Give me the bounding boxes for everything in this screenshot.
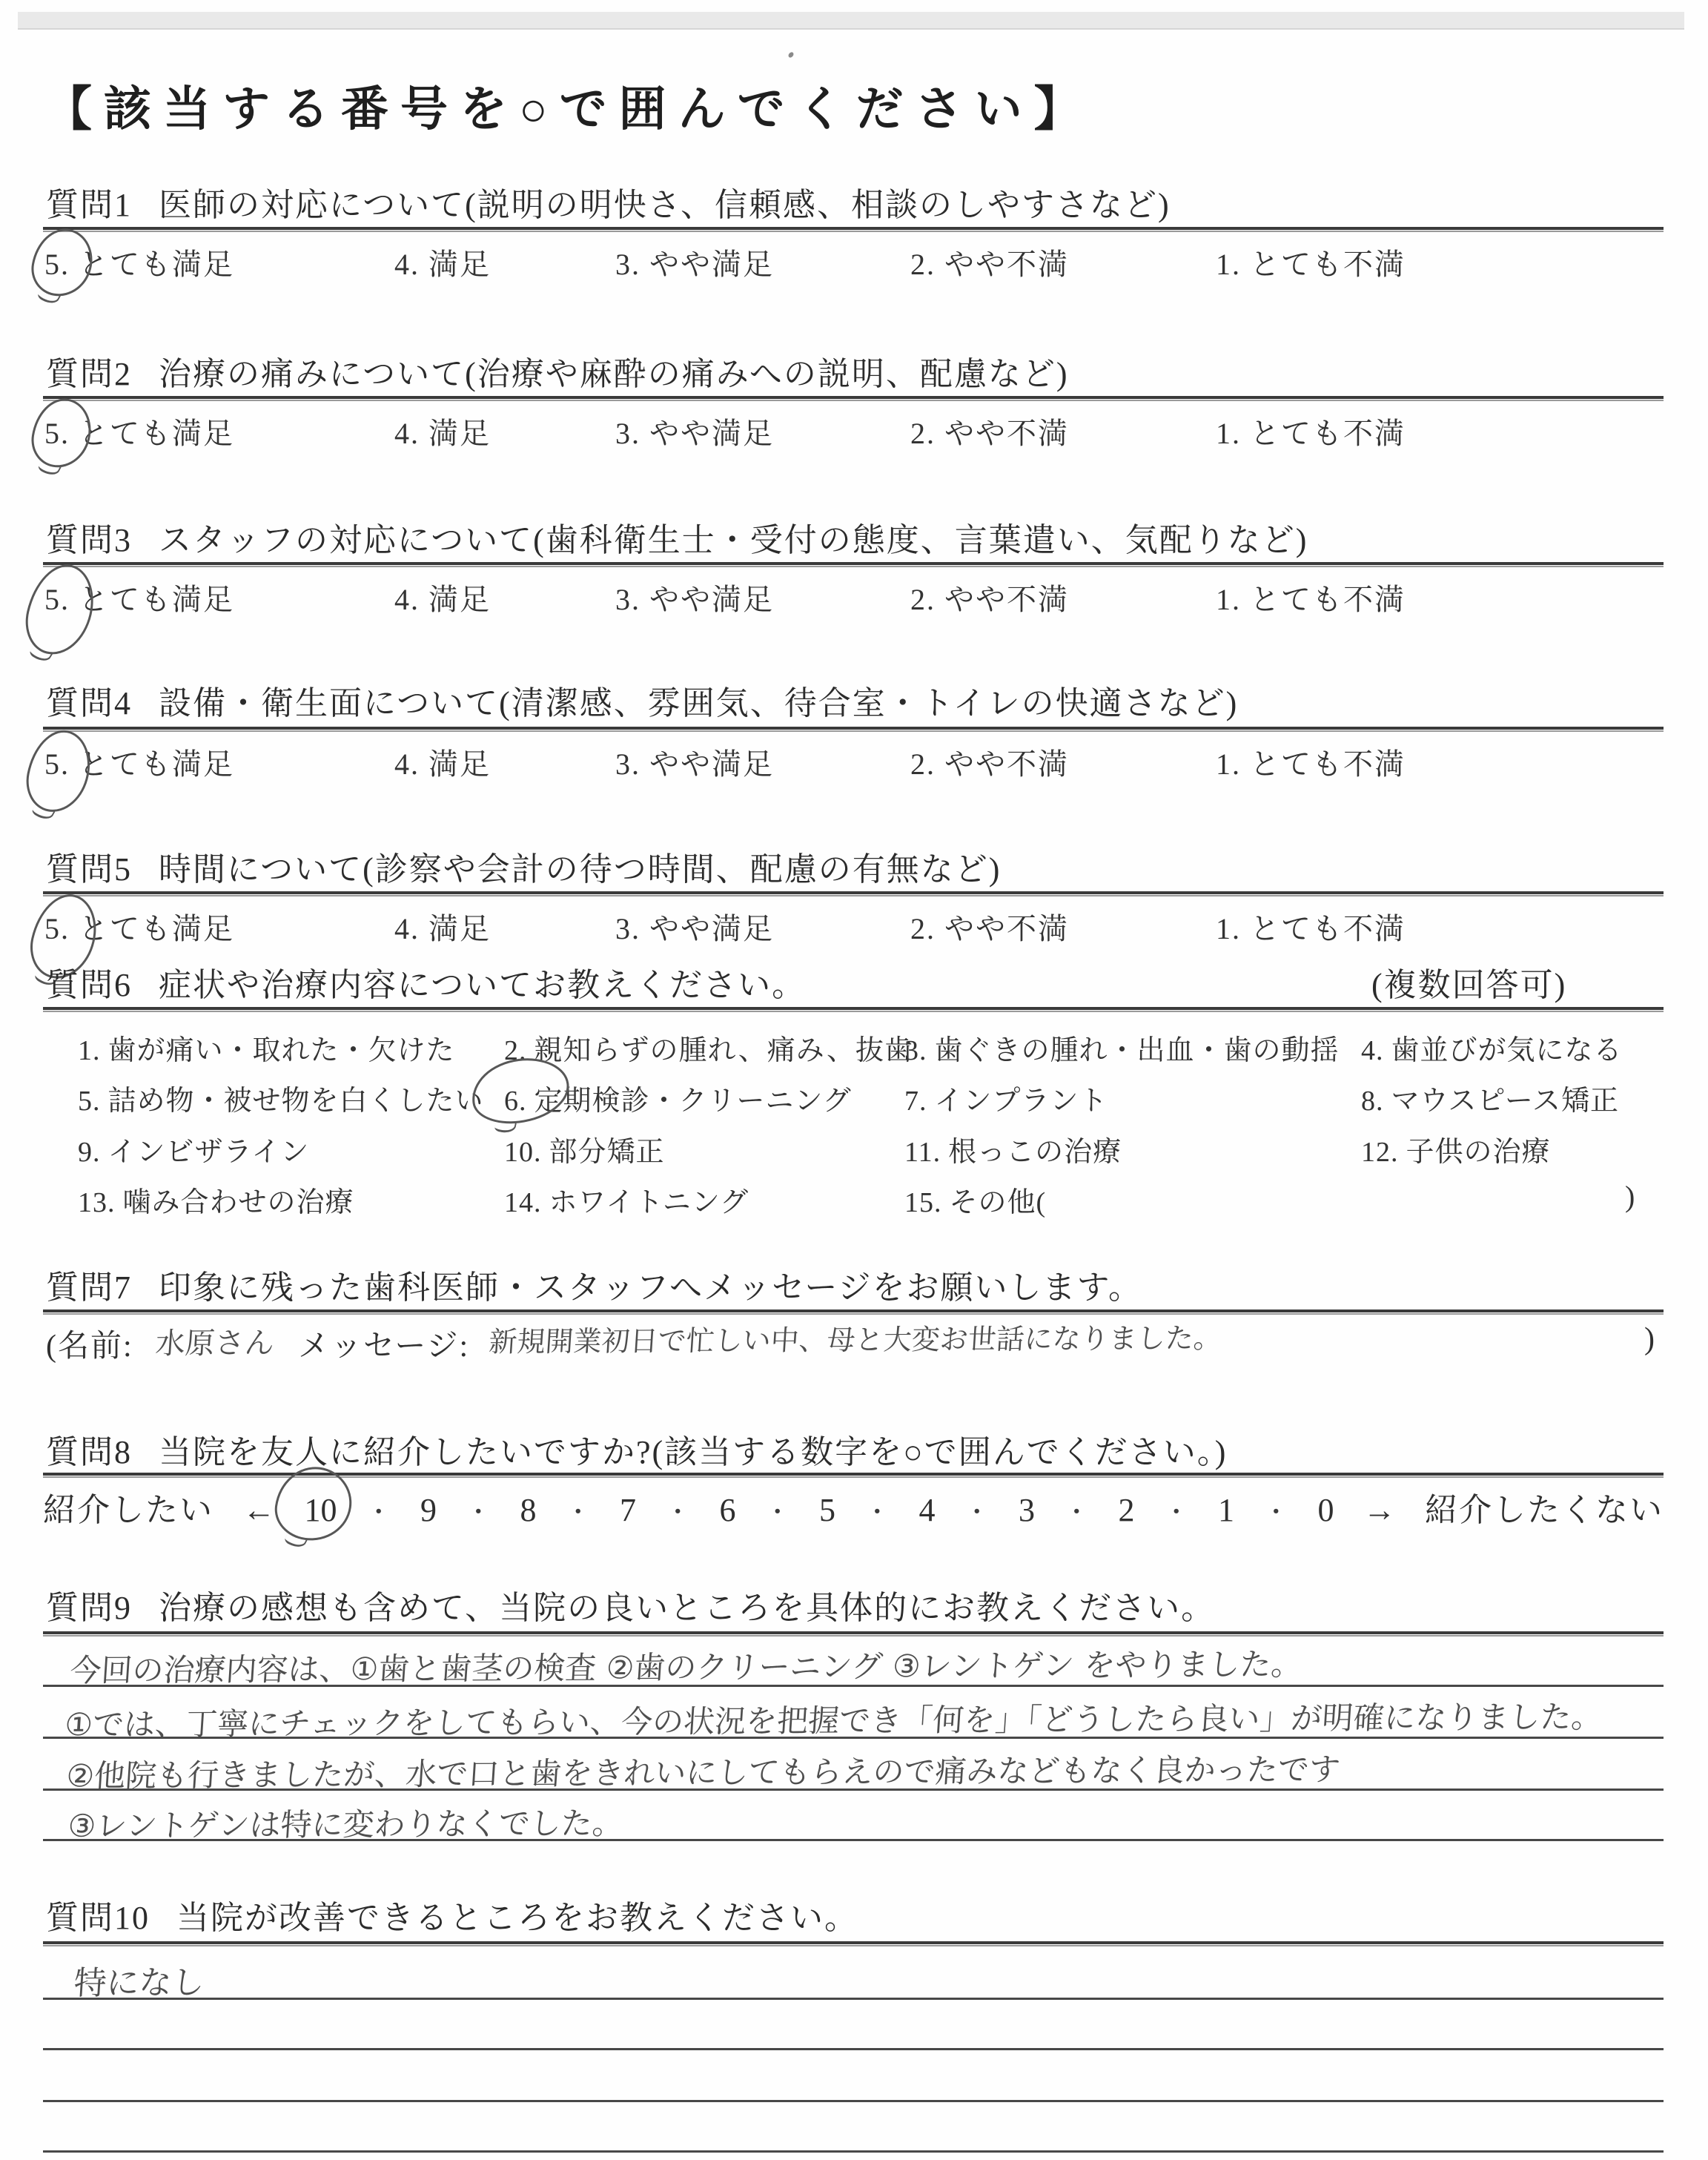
question-1-options: 5.とても満足 4.満足 3.やや満足 2.やや不満 1.とても不満 bbox=[0, 241, 1708, 293]
option-number: 2. bbox=[910, 417, 936, 450]
option-label: やや満足 bbox=[649, 747, 774, 781]
survey-scan-page: 【該当する番号を○で囲んでください】 質問1医師の対応について(説明の明快さ、信… bbox=[0, 0, 1708, 2160]
dot-separator: ・ bbox=[1164, 1492, 1189, 1528]
answer-rule bbox=[43, 1998, 1664, 2001]
answer-rule bbox=[43, 1685, 1664, 1688]
question-7-label: 質問7 bbox=[46, 1269, 132, 1306]
option-number: 3. bbox=[615, 417, 640, 450]
q5-option-4: 4.満足 bbox=[394, 905, 491, 948]
answer-rule bbox=[43, 1737, 1664, 1740]
option-number: 2. bbox=[910, 583, 936, 616]
item-number: 7. bbox=[904, 1086, 927, 1117]
q7-message-value: 新規開業初日で忙しい中、母と大変お世話になりました。 bbox=[488, 1315, 1223, 1359]
item-label: 根っこの治療 bbox=[948, 1137, 1122, 1168]
q6-item-12: 12.子供の治療 bbox=[1361, 1129, 1551, 1169]
option-label: とても不満 bbox=[1250, 417, 1406, 450]
q4-option-1: 1.とても不満 bbox=[1216, 741, 1406, 783]
q6-item-10: 10.部分矯正 bbox=[504, 1129, 665, 1169]
question-10-title: 質問10当院が改善できるところをお教えください。 bbox=[46, 1891, 858, 1938]
question-8-label: 質問8 bbox=[46, 1434, 132, 1470]
dot-separator: ・ bbox=[864, 1492, 890, 1528]
option-number: 3. bbox=[615, 747, 640, 781]
page-title: 【該当する番号を○で囲んでください】 bbox=[44, 71, 1093, 139]
q6-item-7: 7.インプラント bbox=[904, 1077, 1108, 1118]
item-label: インプラント bbox=[935, 1086, 1108, 1117]
question-5-label: 質問5 bbox=[46, 851, 132, 888]
item-number: 10. bbox=[504, 1137, 542, 1168]
question-3-underline bbox=[43, 562, 1664, 567]
item-label: 詰め物・被せ物を白くしたい bbox=[108, 1086, 484, 1117]
dot-separator: ・ bbox=[1263, 1492, 1288, 1528]
q2-option-4: 4.満足 bbox=[394, 410, 491, 452]
item-number: 15. bbox=[904, 1187, 942, 1218]
dot-separator: ・ bbox=[665, 1492, 690, 1528]
item-label: 親知らずの腫れ、痛み、抜歯 bbox=[534, 1035, 914, 1066]
option-label: とても満足 bbox=[79, 417, 234, 450]
question-7-underline bbox=[43, 1309, 1664, 1315]
q6-item-1: 1.歯が痛い・取れた・欠けた bbox=[78, 1027, 455, 1068]
nps-number-6: 6 bbox=[720, 1491, 736, 1529]
option-label: やや不満 bbox=[944, 912, 1069, 945]
item-number: 11. bbox=[904, 1137, 941, 1168]
nps-number-1: 1 bbox=[1218, 1491, 1234, 1529]
question-8-title: 質問8当院を友人に紹介したいですか?(該当する数字を○で囲んでください。) bbox=[46, 1425, 1227, 1473]
question-5-text: 時間について(診察や会計の待つ時間、配慮の有無など) bbox=[159, 851, 1001, 888]
option-number: 1. bbox=[1216, 248, 1241, 281]
question-2-title: 質問2治療の痛みについて(治療や麻酔の痛みへの説明、配慮など) bbox=[46, 347, 1069, 394]
scan-speck bbox=[787, 51, 795, 59]
item-label: 歯ぐきの腫れ・出血・歯の動揺 bbox=[935, 1035, 1340, 1066]
nps-number-9: 9 bbox=[420, 1491, 437, 1529]
nps-right-label: 紹介したくない bbox=[1425, 1483, 1664, 1530]
item-number: 14. bbox=[504, 1187, 542, 1218]
scan-artifact-band bbox=[18, 12, 1684, 30]
q10-answer: 特になし bbox=[73, 1956, 206, 2004]
q6-item-13: 13.噛み合わせの治療 bbox=[78, 1179, 354, 1220]
option-label: やや満足 bbox=[649, 912, 774, 945]
q1-option-4: 4.満足 bbox=[394, 241, 491, 283]
item-label: 歯が痛い・取れた・欠けた bbox=[108, 1035, 455, 1066]
dot-separator: ・ bbox=[1064, 1492, 1089, 1528]
option-label: 満足 bbox=[428, 747, 491, 781]
option-label: やや不満 bbox=[944, 583, 1069, 616]
dot-separator: ・ bbox=[964, 1492, 990, 1528]
option-label: やや満足 bbox=[649, 248, 774, 281]
option-number: 3. bbox=[615, 583, 640, 616]
nps-number-5: 5 bbox=[819, 1491, 835, 1529]
question-2-underline bbox=[43, 396, 1664, 401]
arrow-left-icon: ← bbox=[242, 1491, 275, 1529]
q5-option-3: 3.やや満足 bbox=[615, 905, 774, 948]
option-label: やや満足 bbox=[649, 417, 774, 450]
q6-other-close-paren: ) bbox=[1625, 1179, 1635, 1214]
option-number: 4. bbox=[394, 417, 420, 450]
option-number: 2. bbox=[910, 912, 936, 945]
question-6-label: 質問6 bbox=[46, 967, 132, 1003]
question-5-title: 質問5時間について(診察や会計の待つ時間、配慮の有無など) bbox=[46, 842, 1001, 890]
option-label: 満足 bbox=[428, 417, 491, 450]
q1-option-2: 2.やや不満 bbox=[910, 241, 1069, 283]
question-7-text: 印象に残った歯科医師・スタッフへメッセージをお願いします。 bbox=[159, 1269, 1142, 1306]
question-4-label: 質問4 bbox=[46, 685, 132, 721]
item-number: 13. bbox=[78, 1187, 116, 1218]
dot-separator: ・ bbox=[566, 1492, 591, 1528]
q2-option-2: 2.やや不満 bbox=[910, 410, 1069, 452]
option-number: 1. bbox=[1216, 912, 1241, 945]
q6-item-14: 14.ホワイトニング bbox=[504, 1179, 749, 1220]
question-10-text: 当院が改善できるところをお教えください。 bbox=[176, 1900, 858, 1936]
option-label: とても満足 bbox=[79, 912, 234, 945]
q7-close-paren: ) bbox=[1644, 1321, 1656, 1357]
question-3-options: 5.とても満足 4.満足 3.やや満足 2.やや不満 1.とても不満 bbox=[0, 576, 1708, 628]
nps-number-3: 3 bbox=[1019, 1491, 1035, 1529]
option-number: 1. bbox=[1216, 583, 1241, 616]
q4-option-4: 4.満足 bbox=[394, 741, 491, 783]
q7-name-value: 水原さん bbox=[154, 1320, 276, 1363]
question-2-options: 5.とても満足 4.満足 3.やや満足 2.やや不満 1.とても不満 bbox=[0, 410, 1708, 462]
q4-option-3: 3.やや満足 bbox=[615, 741, 774, 783]
option-label: 満足 bbox=[428, 583, 491, 616]
item-number: 1. bbox=[78, 1035, 101, 1066]
option-number: 4. bbox=[394, 248, 420, 281]
nps-number-2: 2 bbox=[1119, 1491, 1135, 1529]
option-label: とても不満 bbox=[1250, 912, 1406, 945]
answer-rule bbox=[43, 1839, 1664, 1842]
option-number: 2. bbox=[910, 747, 936, 781]
q2-option-1: 1.とても不満 bbox=[1216, 410, 1406, 452]
question-3-label: 質問3 bbox=[46, 522, 132, 558]
item-number: 4. bbox=[1361, 1035, 1384, 1066]
answer-rule bbox=[43, 1789, 1664, 1791]
question-6-underline bbox=[43, 1007, 1664, 1012]
q6-item-5: 5.詰め物・被せ物を白くしたい bbox=[78, 1077, 484, 1118]
question-1-label: 質問1 bbox=[46, 187, 132, 223]
nps-left-label: 紹介したい bbox=[43, 1483, 213, 1530]
question-2-label: 質問2 bbox=[46, 356, 132, 392]
q4-option-2: 2.やや不満 bbox=[910, 741, 1069, 783]
item-number: 12. bbox=[1361, 1137, 1399, 1168]
answer-rule bbox=[43, 2100, 1664, 2103]
item-number: 8. bbox=[1361, 1086, 1384, 1117]
q6-item-8: 8.マウスピース矯正 bbox=[1361, 1077, 1619, 1118]
item-label: 子供の治療 bbox=[1406, 1137, 1551, 1168]
q2-option-3: 3.やや満足 bbox=[615, 410, 774, 452]
option-number: 3. bbox=[615, 248, 640, 281]
answer-rule bbox=[43, 2048, 1664, 2051]
nps-number-0: 0 bbox=[1318, 1491, 1334, 1529]
question-8-underline bbox=[43, 1473, 1664, 1478]
item-number: 3. bbox=[904, 1035, 927, 1066]
item-label: 噛み合わせの治療 bbox=[123, 1187, 354, 1218]
question-4-underline bbox=[43, 727, 1664, 732]
question-2-text: 治療の痛みについて(治療や麻酔の痛みへの説明、配慮など) bbox=[159, 356, 1069, 392]
arrow-right-icon: → bbox=[1363, 1491, 1396, 1529]
question-8-text: 当院を友人に紹介したいですか?(該当する数字を○で囲んでください。) bbox=[159, 1434, 1227, 1470]
q3-option-2: 2.やや不満 bbox=[910, 576, 1069, 618]
question-6-note: (複数回答可) bbox=[1371, 958, 1566, 1005]
q5-option-2: 2.やや不満 bbox=[910, 905, 1069, 948]
q9-answer-line-1: 今回の治療内容は、①歯と歯茎の検査 ②歯のクリーニング ③レントゲン をやりまし… bbox=[69, 1640, 1304, 1691]
option-label: やや不満 bbox=[944, 747, 1069, 781]
item-label: マウスピース矯正 bbox=[1391, 1086, 1619, 1117]
q3-answer-circle-5 bbox=[19, 558, 102, 661]
item-label: 歯並びが気になる bbox=[1391, 1035, 1623, 1066]
question-6-title: 質問6症状や治療内容についてお教えください。 bbox=[46, 958, 806, 1005]
answer-rule bbox=[43, 2150, 1664, 2153]
q7-message-prefix: メッセージ: bbox=[298, 1321, 469, 1366]
question-3-title: 質問3スタッフの対応について(歯科衛生士・受付の態度、言葉遣い、気配りなど) bbox=[46, 513, 1308, 561]
q6-item-4: 4.歯並びが気になる bbox=[1361, 1027, 1623, 1068]
option-label: とても不満 bbox=[1250, 747, 1406, 781]
dot-separator: ・ bbox=[765, 1492, 790, 1528]
q6-item-11: 11.根っこの治療 bbox=[904, 1129, 1122, 1169]
q1-option-1: 1.とても不満 bbox=[1216, 241, 1406, 283]
option-number: 4. bbox=[394, 912, 420, 945]
item-label: その他( bbox=[950, 1187, 1047, 1218]
q6-item-15: 15.その他( bbox=[904, 1179, 1046, 1220]
item-number: 5. bbox=[78, 1086, 101, 1117]
option-number: 4. bbox=[394, 583, 420, 616]
q3-option-1: 1.とても不満 bbox=[1216, 576, 1406, 618]
question-4-text: 設備・衛生面について(清潔感、雰囲気、待合室・トイレの快適さなど) bbox=[159, 685, 1238, 721]
item-number: 9. bbox=[78, 1137, 101, 1168]
dot-separator: ・ bbox=[366, 1492, 391, 1528]
option-number: 3. bbox=[615, 912, 640, 945]
option-number: 4. bbox=[394, 747, 420, 781]
option-label: とても満足 bbox=[79, 248, 234, 281]
q5-option-1: 1.とても不満 bbox=[1216, 905, 1406, 948]
q1-option-3: 3.やや満足 bbox=[615, 241, 774, 283]
question-9-title: 質問9治療の感想も含めて、当院の良いところを具体的にお教えください。 bbox=[46, 1581, 1215, 1628]
question-5-options: 5.とても満足 4.満足 3.やや満足 2.やや不満 1.とても不満 bbox=[0, 905, 1708, 957]
q6-item-9: 9.インビザライン bbox=[78, 1129, 309, 1169]
item-label: 定期検診・クリーニング bbox=[534, 1086, 852, 1117]
option-number: 1. bbox=[1216, 417, 1241, 450]
option-label: とても満足 bbox=[79, 583, 234, 616]
item-label: 部分矯正 bbox=[549, 1137, 665, 1168]
question-1-underline bbox=[43, 227, 1664, 232]
question-9-underline bbox=[43, 1631, 1664, 1636]
option-number: 1. bbox=[1216, 747, 1241, 781]
option-label: やや不満 bbox=[944, 248, 1069, 281]
question-10-label: 質問10 bbox=[46, 1900, 150, 1936]
option-label: とても満足 bbox=[79, 747, 234, 781]
item-label: ホワイトニング bbox=[549, 1187, 749, 1218]
nps-number-7: 7 bbox=[620, 1491, 636, 1529]
nps-number-4: 4 bbox=[919, 1491, 936, 1529]
question-4-title: 質問4設備・衛生面について(清潔感、雰囲気、待合室・トイレの快適さなど) bbox=[46, 676, 1238, 724]
question-9-label: 質問9 bbox=[46, 1590, 132, 1626]
q7-name-prefix: (名前: bbox=[46, 1321, 133, 1366]
question-10-underline bbox=[43, 1941, 1664, 1946]
question-4-options: 5.とても満足 4.満足 3.やや満足 2.やや不満 1.とても不満 bbox=[0, 741, 1708, 793]
q3-option-4: 4.満足 bbox=[394, 576, 491, 618]
question-5-underline bbox=[43, 891, 1664, 896]
question-1-title: 質問1医師の対応について(説明の明快さ、信頼感、相談のしやすさなど) bbox=[46, 178, 1171, 225]
question-1-text: 医師の対応について(説明の明快さ、信頼感、相談のしやすさなど) bbox=[159, 187, 1171, 223]
option-label: 満足 bbox=[428, 248, 491, 281]
q6-item-3: 3.歯ぐきの腫れ・出血・歯の動揺 bbox=[904, 1027, 1340, 1068]
item-label: インビザライン bbox=[108, 1137, 310, 1168]
q3-option-3: 3.やや満足 bbox=[615, 576, 774, 618]
nps-number-8: 8 bbox=[520, 1491, 537, 1529]
option-label: やや満足 bbox=[649, 583, 774, 616]
question-7-title: 質問7印象に残った歯科医師・スタッフへメッセージをお願いします。 bbox=[46, 1261, 1142, 1308]
option-label: やや不満 bbox=[944, 417, 1069, 450]
q4-answer-circle-5 bbox=[21, 724, 96, 818]
option-number: 2. bbox=[910, 248, 936, 281]
question-3-text: スタッフの対応について(歯科衛生士・受付の態度、言葉遣い、気配りなど) bbox=[159, 522, 1308, 558]
question-6-text: 症状や治療内容についてお教えください。 bbox=[159, 967, 806, 1003]
q6-item-2: 2.親知らずの腫れ、痛み、抜歯 bbox=[504, 1027, 913, 1068]
option-label: とても不満 bbox=[1250, 583, 1406, 616]
option-label: とても不満 bbox=[1250, 248, 1406, 281]
dot-separator: ・ bbox=[466, 1492, 491, 1528]
question-9-text: 治療の感想も含めて、当院の良いところを具体的にお教えください。 bbox=[159, 1590, 1215, 1626]
option-label: 満足 bbox=[428, 912, 491, 945]
